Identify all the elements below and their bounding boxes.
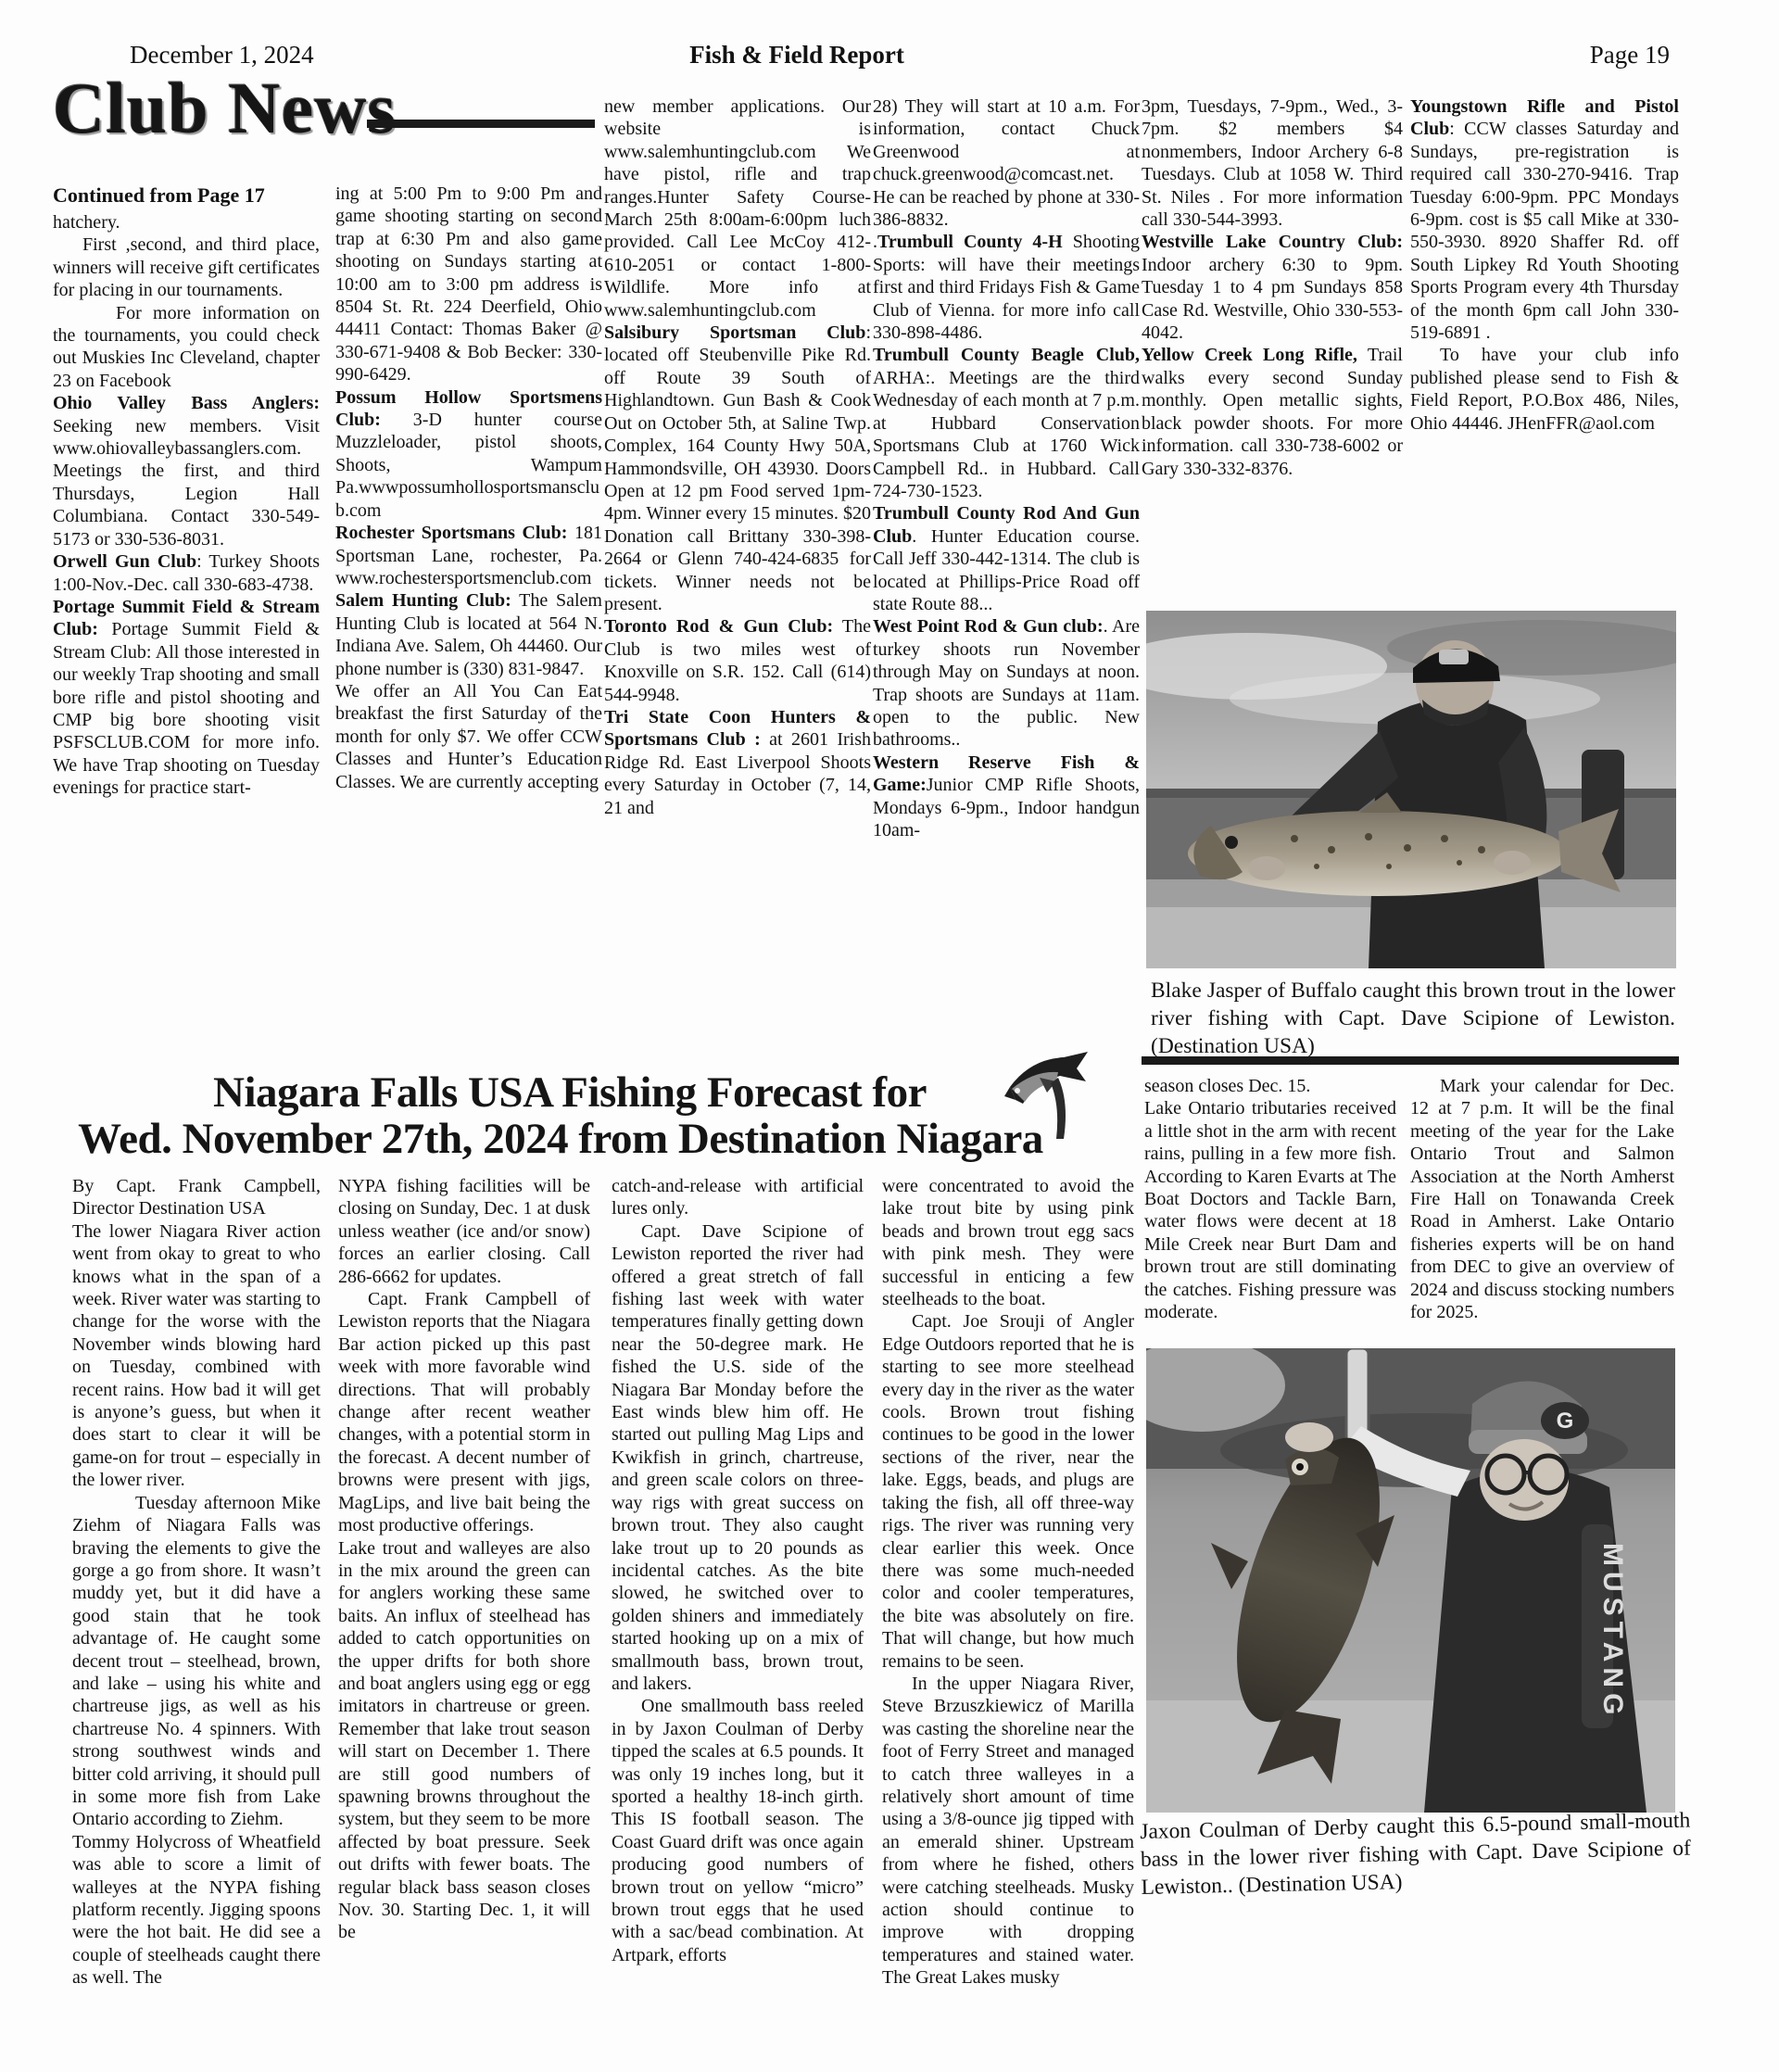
paragraph: Trumbull County Beagle Club, ARHA:. Meet… [873,344,1140,502]
paragraph: To have your club info published please … [1410,344,1679,435]
paragraph: hatchery. [53,211,320,234]
paragraph: Tommy Holycross of Wheatfield was able t… [72,1831,321,1990]
paragraph: new member applications. Our website is … [604,95,871,322]
club-news-column-2: ing at 5:00 Pm to 9:00 Pm and game shoot… [335,183,602,793]
paragraph: Yellow Creek Long Rifle, Trail walks eve… [1142,344,1403,479]
paragraph: West Point Rod & Gun club:. Are turkey s… [873,615,1140,751]
paragraph: Possum Hollow Sportsmens Club: 3-D hunte… [335,386,602,522]
paragraph: The lower Niagara River action went from… [72,1220,321,1492]
forecast-headline-line1: Niagara Falls USA Fishing Forecast for [102,1068,1038,1118]
paragraph: Trumbull County Rod And Gun Club. Hunter… [873,502,1140,615]
trout-photo-caption: Blake Jasper of Buffalo caught this brow… [1151,977,1675,1060]
smallmouth-bass-photo: G MUSTANG [1146,1348,1675,1813]
forecast-column-4: were concentrated to avoid the lake trou… [882,1175,1134,1990]
paragraph: Rochester Sportsmans Club: 181 Sportsman… [335,522,602,589]
paragraph: NYPA fishing facilities will be closing … [338,1175,590,1288]
svg-text:G: G [1557,1409,1574,1434]
paragraph: We offer an All You Can Eat breakfast th… [335,680,602,793]
continued-from-note: Continued from Page 17 [53,183,265,208]
club-news-column-4: 28) They will start at 10 a.m. For infor… [873,95,1140,841]
paragraph: Lake trout and walleyes are also in the … [338,1537,590,1944]
paragraph: Capt. Dave Scipione of Lewiston reported… [612,1220,864,1696]
club-news-column-1: hatchery.First ,second, and third place,… [53,211,320,800]
paragraph: 28) They will start at 10 a.m. For infor… [873,95,1140,231]
club-news-rule [367,120,595,128]
paragraph: ing at 5:00 Pm to 9:00 Pm and game shoot… [335,183,602,386]
club-news-column-5: 3pm, Tuesdays, 7-9pm., Wed., 3-7pm. $2 m… [1142,95,1403,480]
paragraph: catch-and-release with artificial lures … [612,1175,864,1220]
paragraph: In the upper Niagara River, Steve Brzusz… [882,1673,1134,1990]
forecast-column-2: NYPA fishing facilities will be closing … [338,1175,590,1944]
club-news-headline: Club News [53,72,397,145]
svg-text:MUSTANG: MUSTANG [1597,1543,1628,1720]
paragraph: Youngstown Rifle and Pistol Club: CCW cl… [1410,95,1679,344]
paragraph: Mark your calendar for Dec. 12 at 7 p.m.… [1410,1075,1674,1323]
paragraph: 3pm, Tuesdays, 7-9pm., Wed., 3-7pm. $2 m… [1142,95,1403,231]
club-news-column-3: new member applications. Our website is … [604,95,871,819]
publication-title: Fish & Field Report [0,41,1594,69]
paragraph: One smallmouth bass reeled in by Jaxon C… [612,1695,864,1966]
paragraph: .Trumbull County 4-H Shooting Sports: wi… [873,231,1140,344]
paragraph: Tuesday afternoon Mike Ziehm of Niagara … [72,1492,321,1831]
paragraph: Ohio Valley Bass Anglers: Seeking new me… [53,392,320,550]
paragraph: Salsibury Sportsman Club: located off St… [604,322,871,615]
paragraph: Western Reserve Fish & Game:Junior CMP R… [873,752,1140,842]
brown-trout-photo [1146,611,1676,968]
paragraph: Tri State Coon Hunters & Sportsmans Club… [604,706,871,819]
forecast-column-3: catch-and-release with artificial lures … [612,1175,864,1966]
forecast-column-1: By Capt. Frank Campbell, Director Destin… [72,1175,321,1990]
paragraph: Salem Hunting Club: The Salem Hunting Cl… [335,589,602,680]
paragraph: By Capt. Frank Campbell, Director Destin… [72,1175,321,1220]
paragraph: were concentrated to avoid the lake trou… [882,1175,1134,1310]
paragraph: Capt. Frank Campbell of Lewiston reports… [338,1288,590,1536]
paragraph: For more information on the tournaments,… [53,302,320,393]
forecast-column-6: Mark your calendar for Dec. 12 at 7 p.m.… [1410,1075,1674,1323]
bass-photo-caption: Jaxon Coulman of Derby caught this 6.5-p… [1140,1807,1692,1901]
paragraph: Orwell Gun Club: Turkey Shoots 1:00-Nov.… [53,550,320,596]
paragraph: Portage Summit Field & Stream Club: Port… [53,596,320,800]
club-news-column-6: Youngstown Rifle and Pistol Club: CCW cl… [1410,95,1679,435]
page-number: Page 19 [1590,41,1670,69]
leaping-fish-icon [1003,1050,1091,1149]
forecast-column-5: season closes Dec. 15. Lake Ontario trib… [1144,1075,1396,1323]
paragraph: Lake Ontario tributaries received a litt… [1144,1097,1396,1323]
paragraph: season closes Dec. 15. [1144,1075,1396,1097]
paragraph: Toronto Rod & Gun Club: The Club is two … [604,615,871,706]
section-divider [1142,1056,1679,1065]
paragraph: Westville Lake Country Club: Indoor arch… [1142,231,1403,344]
forecast-headline-line2: Wed. November 27th, 2024 from Destinatio… [65,1114,1056,1164]
paragraph: Capt. Joe Srouji of Angler Edge Outdoors… [882,1310,1134,1673]
paragraph: First ,second, and third place, winners … [53,234,320,301]
